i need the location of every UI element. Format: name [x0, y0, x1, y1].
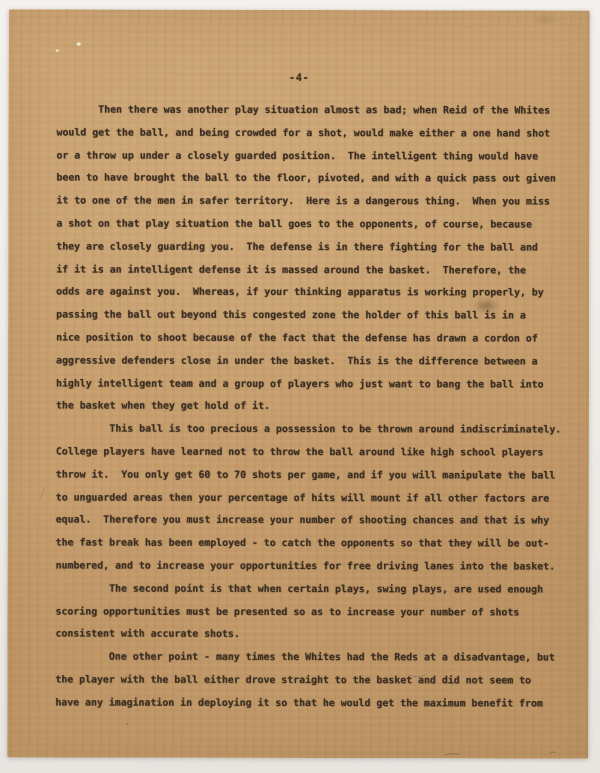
faint-stain: [531, 12, 561, 26]
text-line: the fast break has been employed - to ca…: [56, 533, 571, 557]
text-line: they are closely guarding you. The defen…: [56, 236, 571, 260]
paper-speck: [56, 49, 59, 51]
text-line: a shot on that play situation the ball g…: [56, 213, 571, 237]
text-line: the player with the ball either drove st…: [55, 669, 570, 693]
text-line: have any imagination in deploying it so …: [55, 692, 570, 716]
text-line: would get the ball, and being crowded fo…: [56, 122, 571, 146]
typewritten-text-block: Then there was another play situation al…: [55, 99, 571, 716]
text-line: The second point is that when certain pl…: [56, 578, 571, 602]
paper-spot: [126, 723, 128, 725]
text-line: highly intelligent team and a group of p…: [56, 373, 571, 397]
ink-smudge: [472, 297, 500, 314]
text-line: numbered, and to increase your opportuni…: [56, 555, 571, 579]
text-line: throw it. You only get 60 to 70 shots pe…: [56, 464, 571, 488]
scanned-paper-page: -4- Then there was another play situatio…: [7, 9, 590, 758]
text-line: College players have learned not to thro…: [56, 441, 571, 465]
text-line: equal. Therefore you must increase your …: [56, 510, 571, 534]
text-line: Then there was another play situation al…: [57, 99, 572, 123]
text-line: to unguarded areas then your percentage …: [56, 487, 571, 511]
text-line: it to one of the men in safer territory.…: [56, 191, 571, 215]
text-line: One other point - many times the Whites …: [55, 647, 570, 671]
text-line: scoring opportunities must be presented …: [55, 601, 570, 625]
text-line: been to have brought the ball to the flo…: [56, 168, 571, 192]
text-line: consistent with accurate shots.: [55, 624, 570, 648]
text-line: This ball is too precious a possession t…: [56, 419, 571, 443]
text-line: if it is an intelligent defense it is ma…: [56, 259, 571, 283]
text-line: aggressive defenders close in under the …: [56, 350, 571, 374]
paper-speck: [77, 43, 81, 46]
pencil-mark: [550, 752, 556, 756]
text-line: or a throw up under a closely guarded po…: [56, 145, 571, 169]
pencil-mark: [444, 753, 460, 759]
pencil-mark: [40, 488, 45, 499]
text-line: nice position to shoot because of the fa…: [56, 327, 571, 351]
text-line: the basket when they get hold of it.: [56, 396, 571, 420]
page-number: -4-: [9, 71, 590, 84]
scan-background: { "colors": { "paper": "#c79e6d", "backg…: [0, 0, 600, 773]
